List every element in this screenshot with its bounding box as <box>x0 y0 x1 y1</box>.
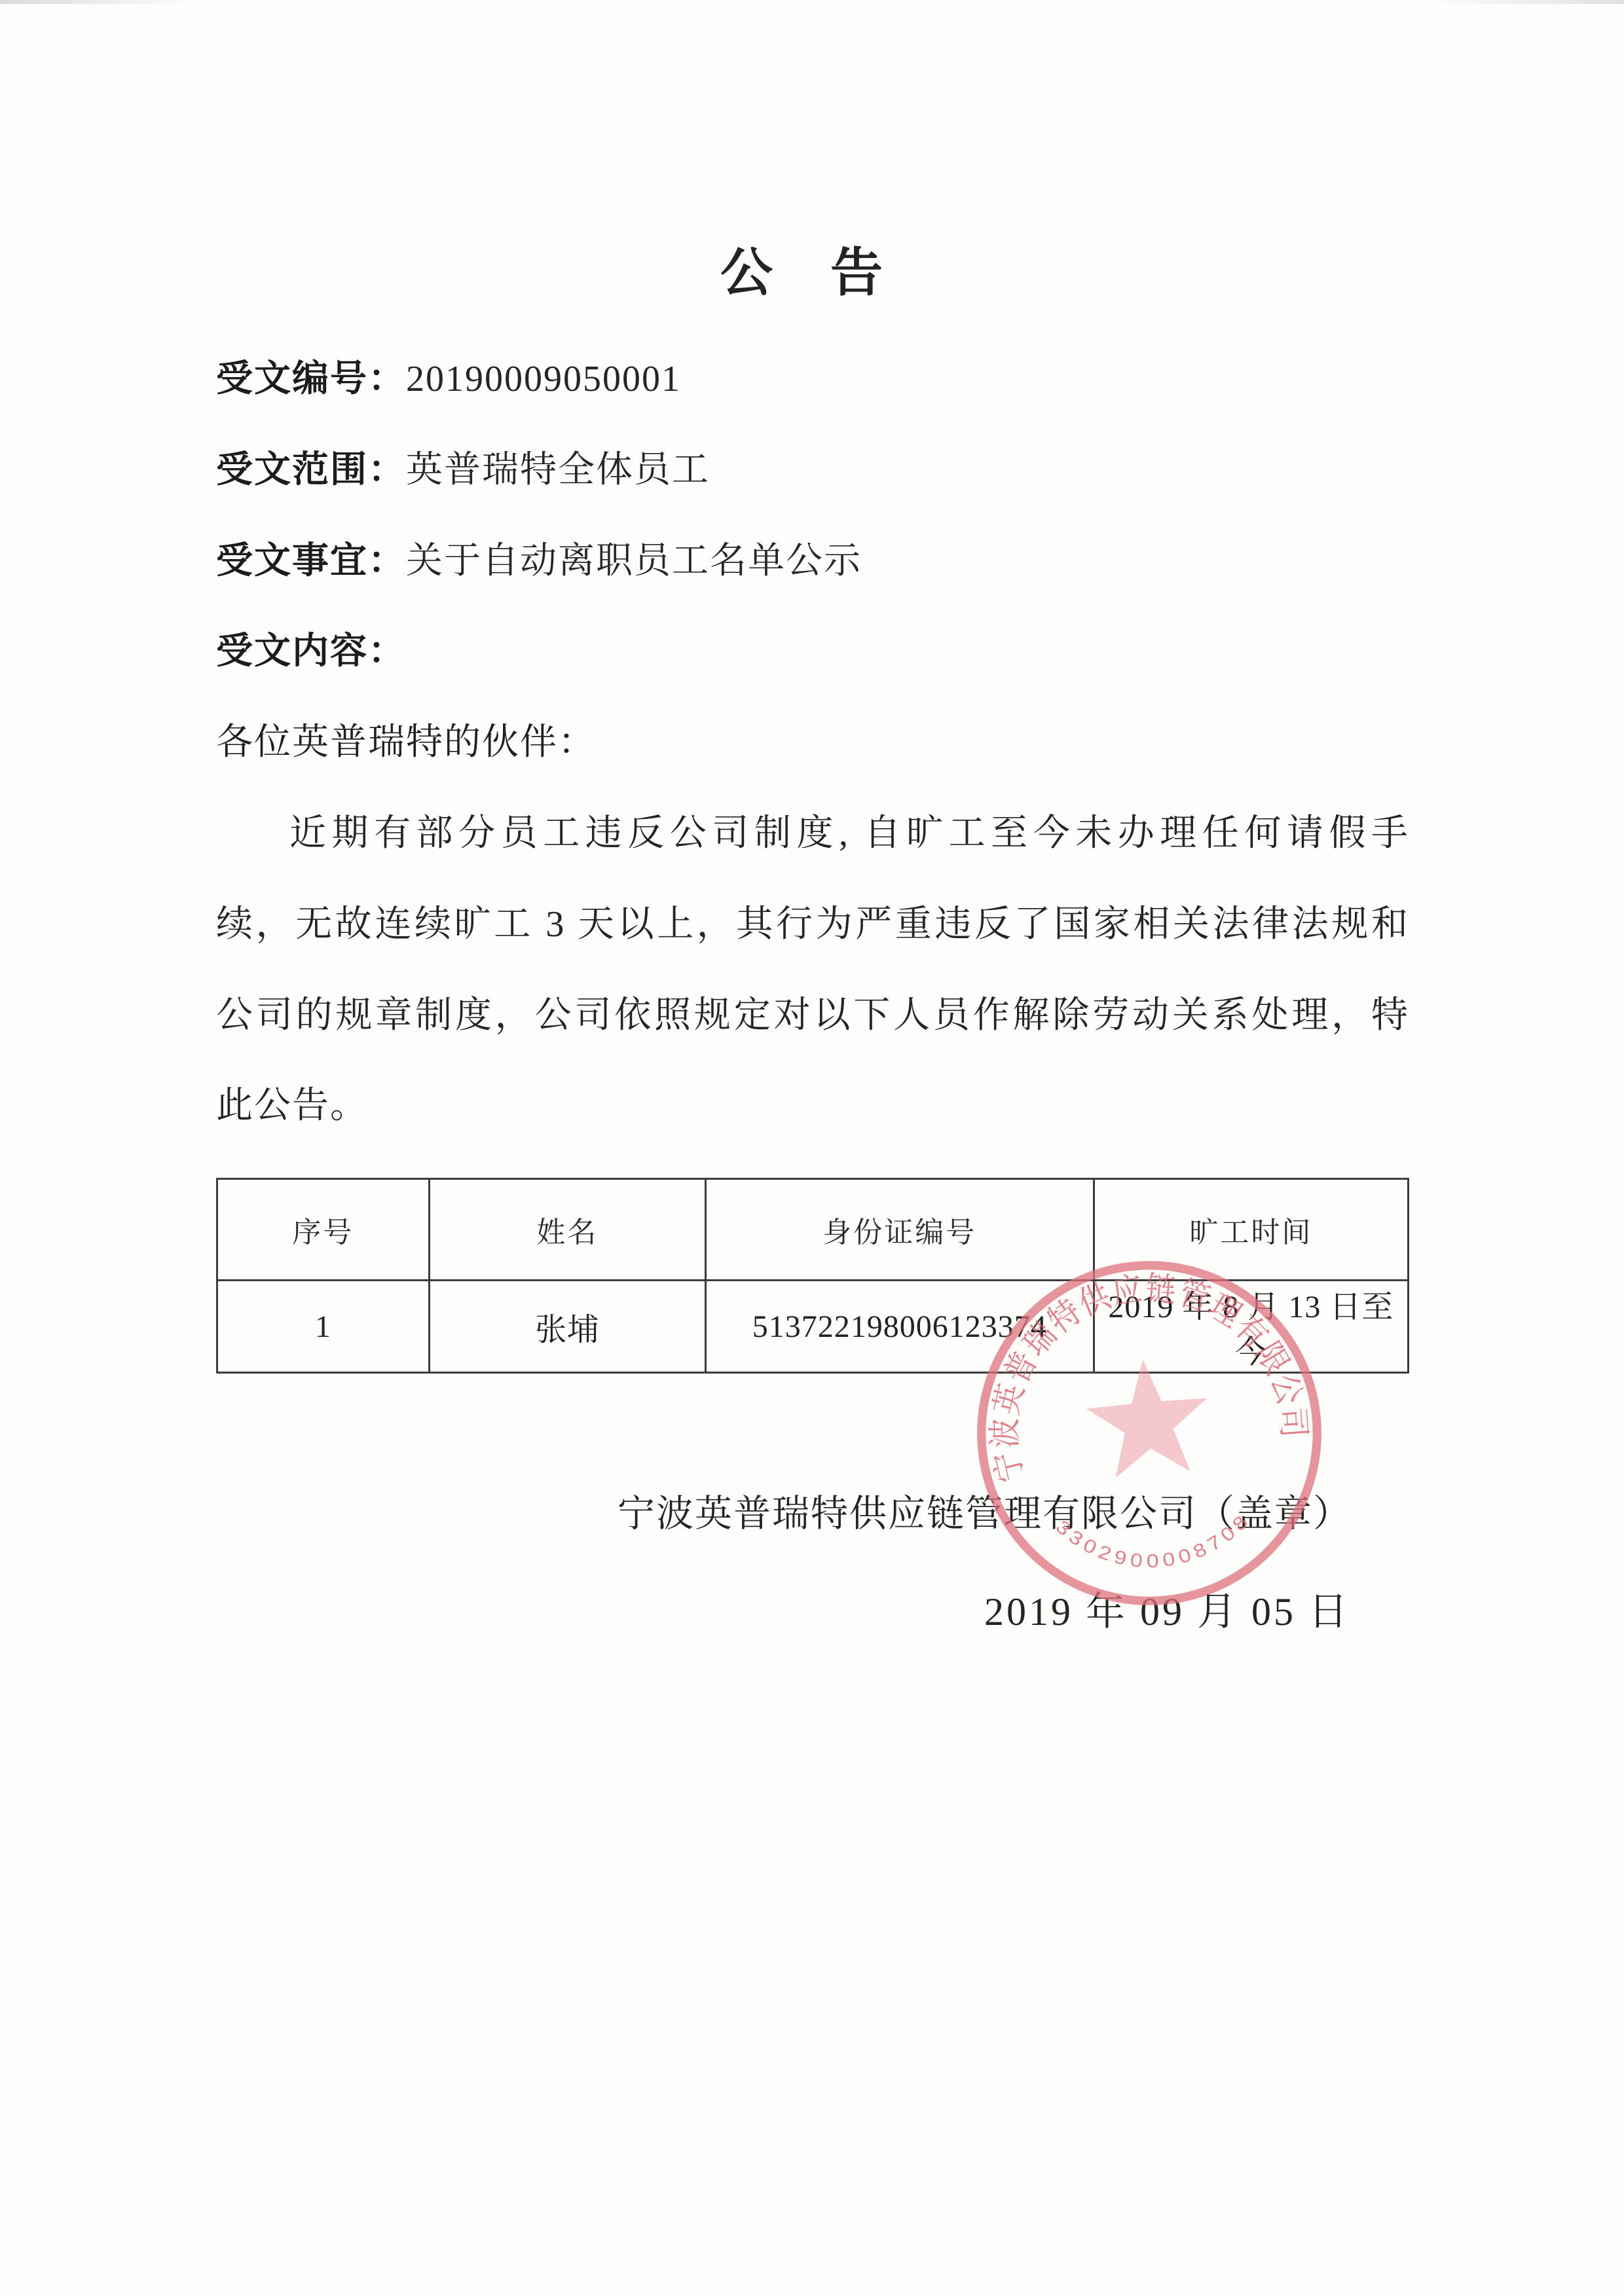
meta-label-content: 受文内容： <box>216 631 406 672</box>
scan-artifact-edge <box>0 0 1624 4</box>
table-cell-absence-period: 2019 年 8 月 13 日至今 <box>1094 1281 1408 1373</box>
table-header-row: 序号 姓名 身份证编号 旷工时间 <box>217 1179 1409 1281</box>
table-header-name: 姓名 <box>429 1179 705 1281</box>
signature-company-line: 宁波英普瑞特供应链管理有限公司（盖章） <box>216 1484 1352 1537</box>
meta-value-scope: 英普瑞特全体员工 <box>406 450 710 490</box>
salutation-line: 各位英普瑞特的伙伴： <box>216 723 1409 762</box>
meta-row-doc-number: 受文编号：20190009050001 <box>216 360 1409 399</box>
document-content: 公 告 受文编号：20190009050001 受文范围：英普瑞特全体员工 受文… <box>216 247 1409 1637</box>
meta-row-content-label: 受文内容： <box>216 632 1409 671</box>
table-header-absence-period: 旷工时间 <box>1094 1179 1408 1281</box>
table-cell-name: 张埔 <box>429 1281 705 1373</box>
body-paragraph-line-4: 此公告。 <box>216 1087 1409 1125</box>
table-cell-id-number: 513722198006123374 <box>705 1281 1094 1373</box>
meta-row-scope: 受文范围：英普瑞特全体员工 <box>216 451 1409 490</box>
table-row: 1 张埔 513722198006123374 2019 年 8 月 13 日至… <box>217 1281 1409 1373</box>
table-cell-seq: 1 <box>217 1281 430 1373</box>
body-paragraph-line-3: 公司的规章制度，公司依照规定对以下人员作解除劳动关系处理，特 <box>216 996 1409 1035</box>
meta-label-subject: 受文事宜： <box>216 541 406 581</box>
body-paragraph-line-1: 近期有部分员工违反公司制度, 自旷工至今未办理任何请假手 <box>216 814 1409 853</box>
table-header-seq: 序号 <box>217 1179 430 1281</box>
meta-row-subject: 受文事宜：关于自动离职员工名单公示 <box>216 542 1409 581</box>
page-title: 公 告 <box>216 247 1409 300</box>
meta-label-scope: 受文范围： <box>216 450 406 490</box>
scanned-announcement-page: 公 告 受文编号：20190009050001 受文范围：英普瑞特全体员工 受文… <box>0 0 1624 2296</box>
body-paragraph-line-2: 续，无故连续旷工 3 天以上，其行为严重违反了国家相关法律法规和 <box>216 905 1409 944</box>
meta-value-subject: 关于自动离职员工名单公示 <box>406 541 862 581</box>
meta-label-doc-number: 受文编号： <box>216 359 406 399</box>
meta-value-doc-number: 20190009050001 <box>406 359 681 399</box>
dismissed-employees-table: 序号 姓名 身份证编号 旷工时间 1 张埔 513722198006123374… <box>216 1178 1409 1374</box>
signature-date-line: 2019 年 09 月 05 日 <box>216 1580 1352 1637</box>
table-header-id-number: 身份证编号 <box>705 1179 1094 1281</box>
signature-block: 宁波英普瑞特供应链管理有限公司（盖章） 2019 年 09 月 05 日 <box>216 1484 1409 1637</box>
